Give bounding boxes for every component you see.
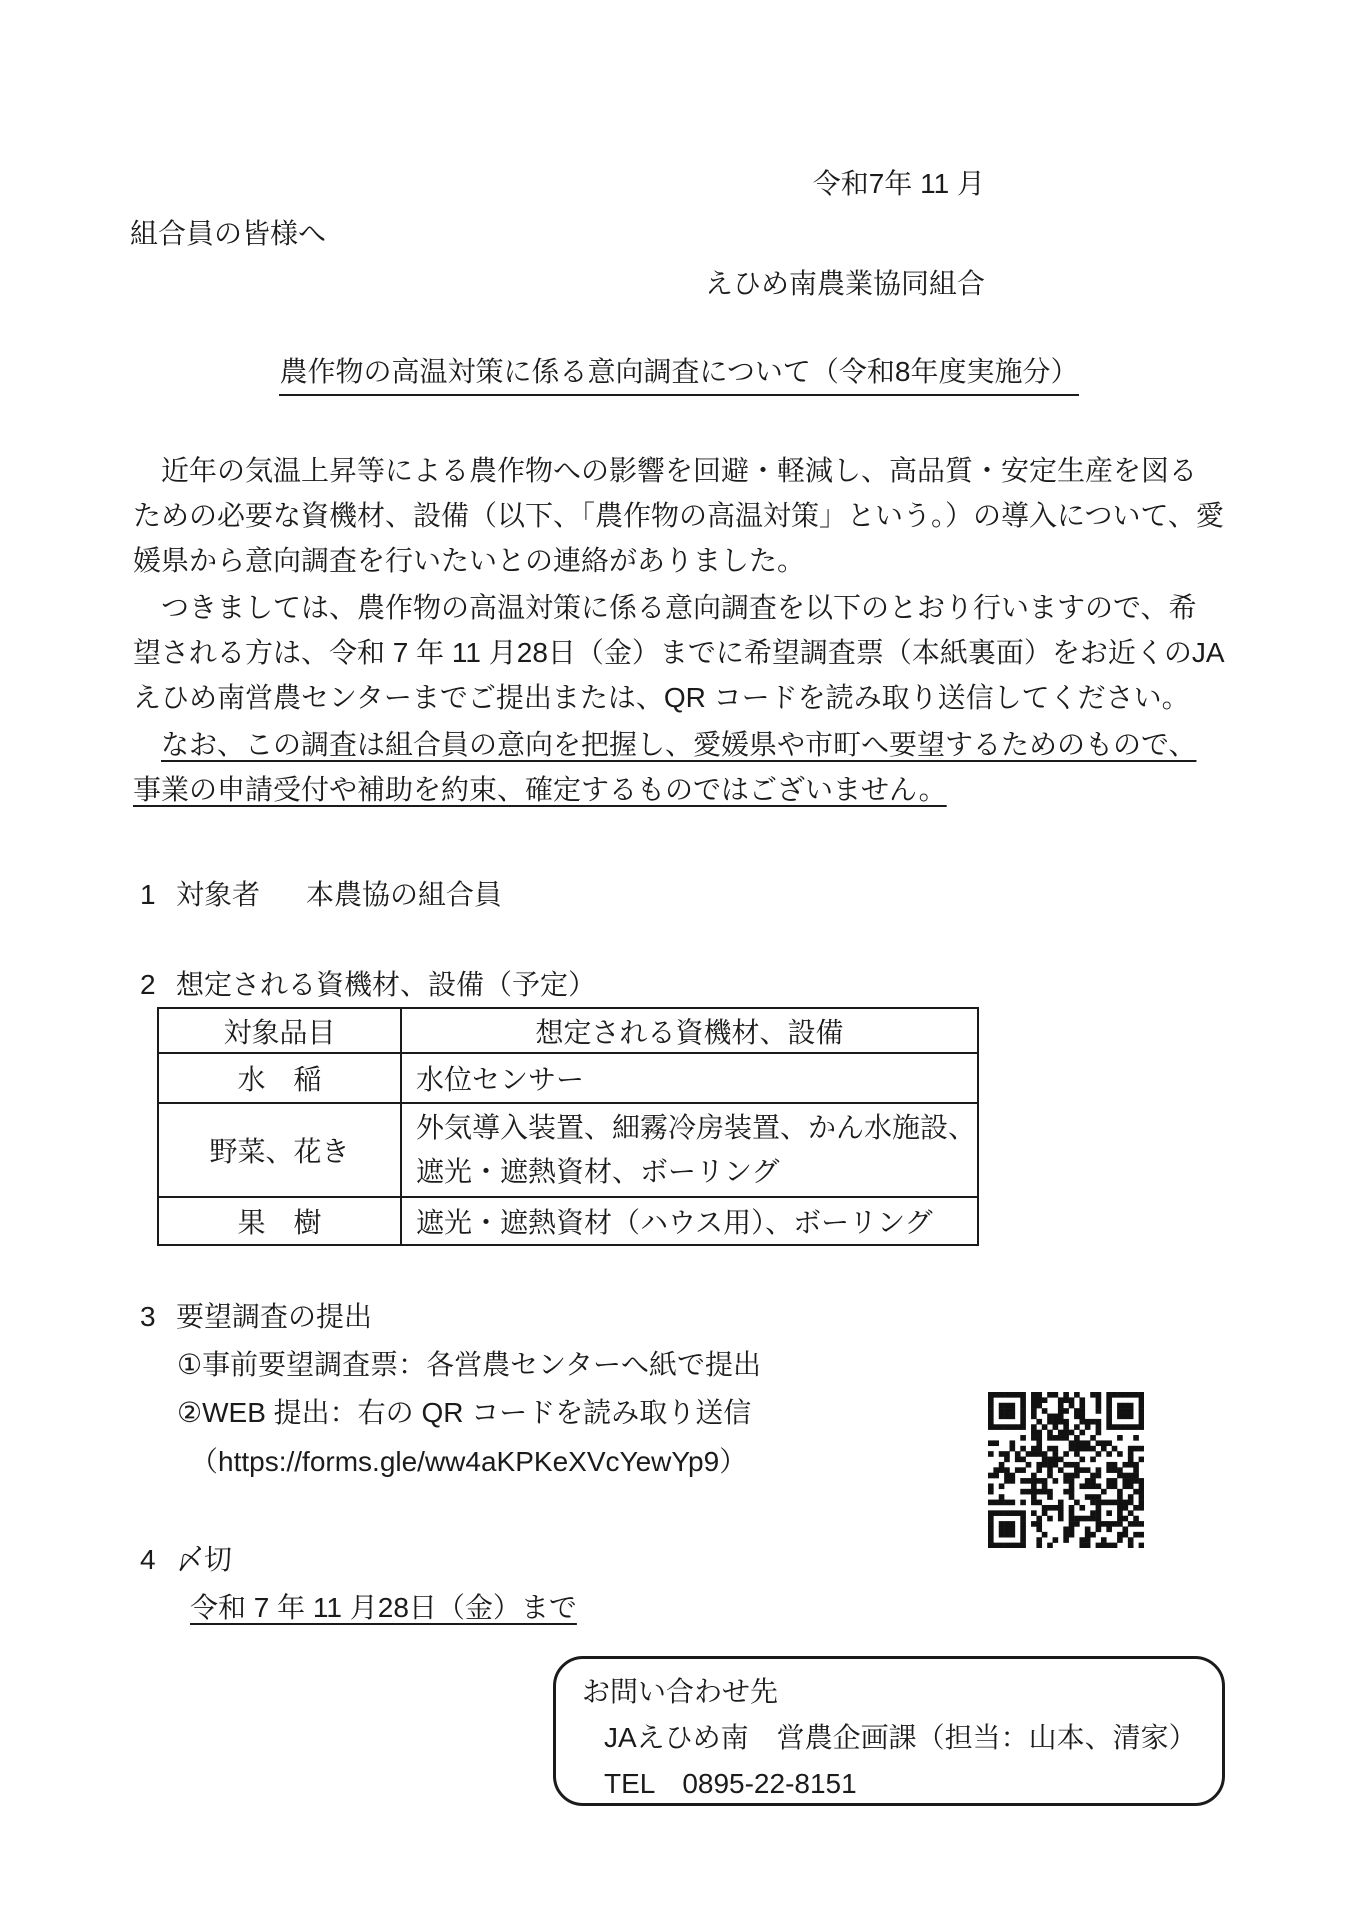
- section-1-target: 1対象者本農協の組合員: [140, 873, 502, 913]
- table-cell-equipment-fruit: 遮光・遮熱資材（ハウス用）、ボーリング: [401, 1197, 978, 1245]
- paragraph-1-line-3: 媛県から意向調査を行いたいとの連絡がありました。: [133, 538, 1248, 583]
- table-cell-item-rice: 水 稲: [158, 1053, 401, 1103]
- submission-method-paper: ①事前要望調査票：各営農センターへ紙で提出: [177, 1343, 761, 1383]
- deadline-date: 令和 7 年 11 月28日（金）まで: [190, 1586, 577, 1626]
- table-row: 野菜、花き 外気導入装置、細霧冷房装置、かん水施設、 遮光・遮熱資材、ボーリング: [158, 1103, 978, 1197]
- contact-department: JAえひめ南 営農企画課（担当：山本、清家）: [582, 1715, 1222, 1761]
- section-1-value: 本農協の組合員: [306, 873, 502, 913]
- section-3-number: 3: [140, 1301, 170, 1333]
- table-cell-equipment-rice: 水位センサー: [401, 1053, 978, 1103]
- section-2-equipment: 2想定される資機材、設備（予定）: [140, 963, 596, 1003]
- paragraph-1-line-2: ための必要な資機材、設備（以下、「農作物の高温対策」という。）の導入について、愛: [133, 493, 1248, 538]
- section-1-number: 1: [140, 879, 170, 911]
- section-3-submission: 3要望調査の提出: [140, 1295, 372, 1335]
- section-1-label: 対象者: [176, 873, 260, 913]
- sender-organization: えひめ南農業協同組合: [705, 262, 985, 302]
- paragraph-2-line-2: 望される方は、令和 7 年 11 月28日（金）までに希望調査票（本紙裏面）をお…: [133, 630, 1248, 675]
- section-4-label: 〆切: [176, 1538, 232, 1578]
- section-4-deadline: 4〆切: [140, 1538, 232, 1578]
- table-row: 水 稲 水位センサー: [158, 1053, 978, 1103]
- paragraph-1: 近年の気温上昇等による農作物への影響を回避・軽減し、高品質・安定生産を図る ため…: [133, 448, 1248, 583]
- title-row: 農作物の高温対策に係る意向調査について（令和8年度実施分）: [0, 350, 1358, 396]
- paragraph-1-line-1: 近年の気温上昇等による農作物への影響を回避・軽減し、高品質・安定生産を図る: [133, 448, 1248, 493]
- contact-box: お問い合わせ先 JAえひめ南 営農企画課（担当：山本、清家） TEL 0895-…: [553, 1656, 1225, 1806]
- contact-phone: TEL 0895-22-8151: [582, 1761, 1222, 1807]
- document-page: 令和7年 11 月 組合員の皆様へ えひめ南農業協同組合 農作物の高温対策に係る…: [0, 0, 1358, 1920]
- qr-code-icon: [988, 1392, 1144, 1548]
- section-3-label: 要望調査の提出: [176, 1295, 372, 1335]
- addressee: 組合員の皆様へ: [130, 212, 326, 252]
- paragraph-2: つきましては、農作物の高温対策に係る意向調査を以下のとおり行いますので、希 望さ…: [133, 585, 1248, 720]
- table-header-equipment: 想定される資機材、設備: [401, 1008, 978, 1053]
- section-2-label: 想定される資機材、設備（予定）: [176, 963, 596, 1003]
- table-header-item: 対象品目: [158, 1008, 401, 1053]
- section-2-number: 2: [140, 969, 170, 1001]
- paragraph-2-line-1: つきましては、農作物の高温対策に係る意向調査を以下のとおり行いますので、希: [133, 585, 1248, 630]
- contact-heading: お問い合わせ先: [582, 1669, 1222, 1715]
- paragraph-3-line-2: 事業の申請受付や補助を約束、確定するものではございません。: [133, 767, 1248, 812]
- submission-url: （https://forms.gle/ww4aKPKeXVcYewYp9）: [190, 1440, 747, 1480]
- paragraph-3-line-1: なお、この調査は組合員の意向を把握し、愛媛県や市町へ要望するためのもので、: [133, 722, 1248, 767]
- table-cell-item-fruit: 果 樹: [158, 1197, 401, 1245]
- table-header-row: 対象品目 想定される資機材、設備: [158, 1008, 978, 1053]
- document-date: 令和7年 11 月: [813, 162, 985, 202]
- paragraph-3-note: なお、この調査は組合員の意向を把握し、愛媛県や市町へ要望するためのもので、 事業…: [133, 722, 1248, 812]
- section-4-number: 4: [140, 1544, 170, 1576]
- table-row: 果 樹 遮光・遮熱資材（ハウス用）、ボーリング: [158, 1197, 978, 1245]
- table-cell-item-vegetables: 野菜、花き: [158, 1103, 401, 1197]
- table-cell-equipment-vegetables: 外気導入装置、細霧冷房装置、かん水施設、 遮光・遮熱資材、ボーリング: [401, 1103, 978, 1197]
- submission-method-web: ②WEB 提出：右の QR コードを読み取り送信: [177, 1391, 751, 1431]
- equipment-table: 対象品目 想定される資機材、設備 水 稲 水位センサー 野菜、花き 外気導入装置…: [157, 1007, 979, 1246]
- paragraph-2-line-3: えひめ南営農センターまでご提出または、QR コードを読み取り送信してください。: [133, 675, 1248, 720]
- page-title: 農作物の高温対策に係る意向調査について（令和8年度実施分）: [279, 350, 1078, 396]
